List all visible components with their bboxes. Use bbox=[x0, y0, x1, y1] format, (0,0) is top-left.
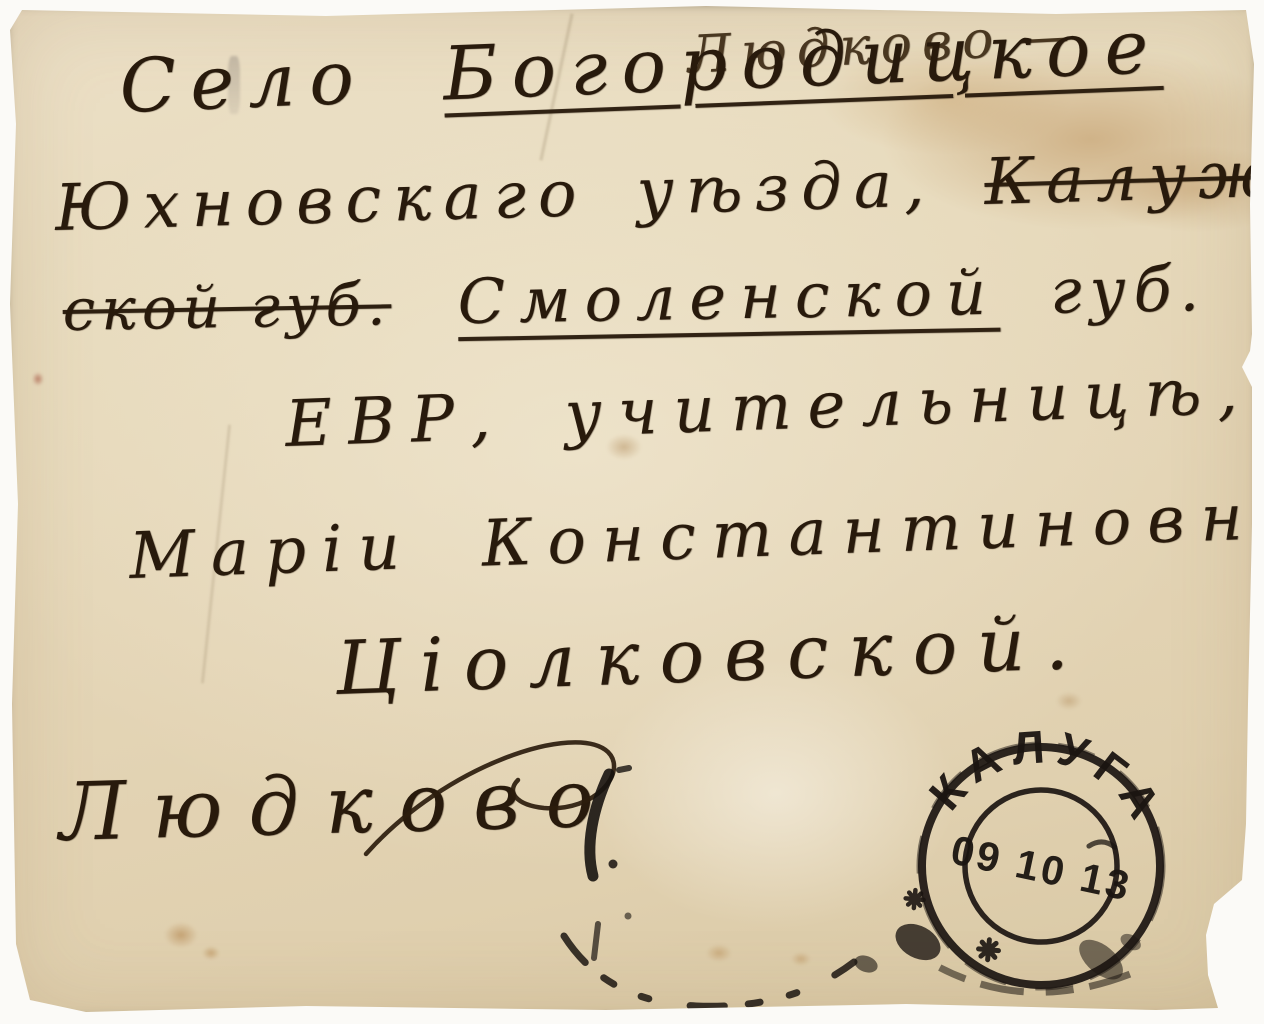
address-line-2: Юхновскаго уѣзда, Калуж- bbox=[54, 137, 1264, 246]
address-line-4: ЕВР, учительницѣ, bbox=[284, 354, 1255, 462]
star-icon bbox=[905, 889, 925, 909]
uyezd-name: Юхновскаго уѣзда, bbox=[54, 147, 937, 246]
foxing-spot bbox=[202, 946, 220, 960]
postmark-town-text: КАЛУГА bbox=[916, 709, 1182, 839]
crossed-out-gubernia-end: ской губ. bbox=[62, 270, 392, 344]
recipient-name: Маріи Константиновнѣ bbox=[128, 478, 1264, 594]
address-line-5: Маріи Константиновнѣ bbox=[128, 478, 1264, 594]
postmark-kaluga-stamp: КАЛУГА 09 10 13 bbox=[891, 714, 1201, 1024]
address-line-1: Село Богородицкое bbox=[118, 4, 1164, 130]
recipient-title: ЕВР, учительницѣ, bbox=[284, 354, 1255, 462]
star-icon bbox=[978, 939, 1000, 961]
address-line-3: ской губ. Смоленской губ. bbox=[62, 252, 1208, 345]
foxing-spot bbox=[1056, 692, 1082, 710]
gubernia-name: Смоленской bbox=[457, 256, 1000, 338]
postmark-date-text: 09 10 13 bbox=[947, 827, 1136, 910]
address-line-6: Ціолковской. bbox=[334, 600, 1090, 712]
envelope-scan: { "document": { "kind": "handwritten env… bbox=[0, 0, 1264, 1024]
postmark-group: КАЛУГА 09 10 13 bbox=[898, 708, 1182, 1003]
recipient-surname: Ціолковской. bbox=[334, 600, 1090, 712]
envelope: Людково— Село Богородицкое Юхновскаго уѣ… bbox=[6, 4, 1258, 1018]
village-name: Богородицкое bbox=[441, 4, 1163, 118]
foxing-spot bbox=[164, 922, 198, 948]
village-prefix: Село bbox=[118, 34, 369, 129]
gubernia-abbr: губ. bbox=[1050, 252, 1208, 328]
red-ink-spot bbox=[32, 372, 44, 386]
partial-cancel-stroke bbox=[561, 764, 681, 894]
crossed-out-gubernia-start: Калуж- bbox=[983, 137, 1264, 220]
postmark-smear bbox=[1089, 841, 1115, 849]
